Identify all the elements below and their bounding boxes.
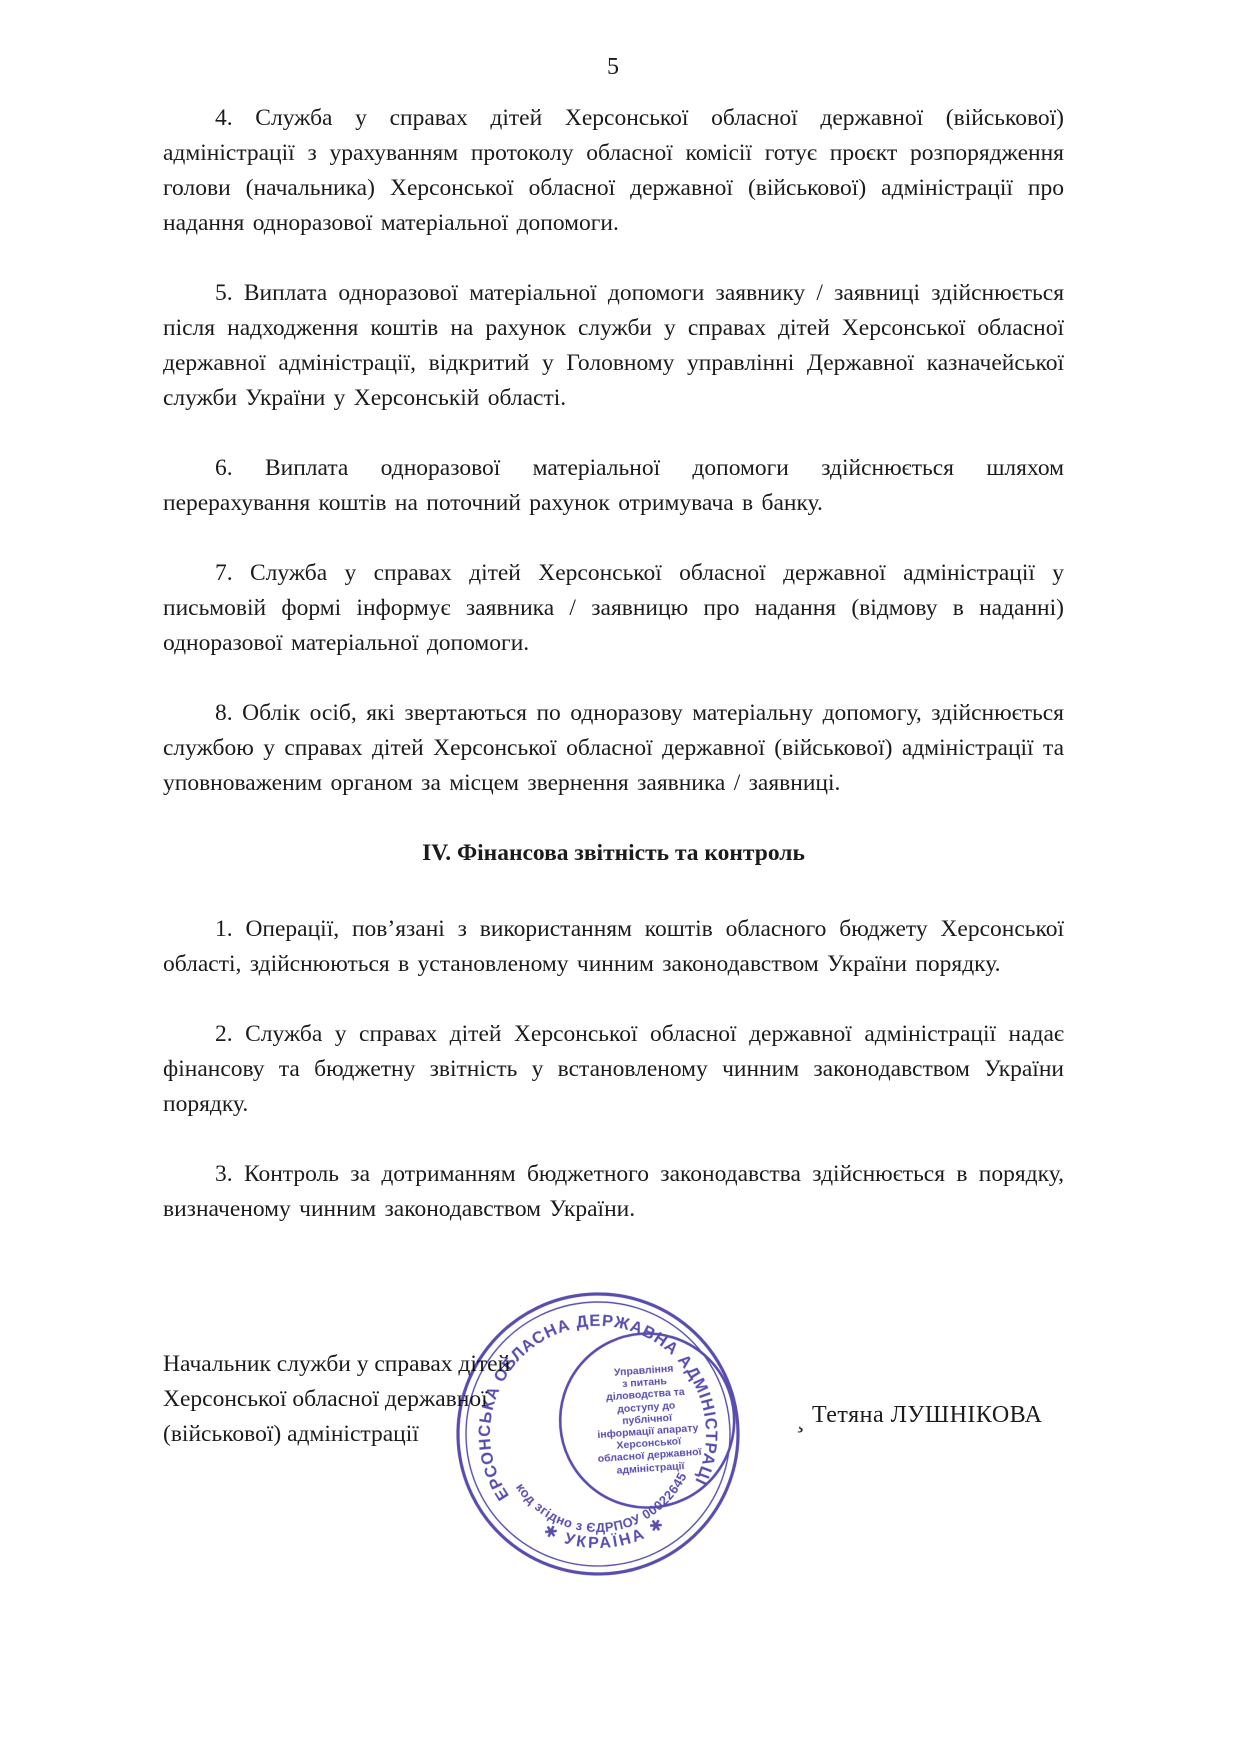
official-round-stamp: ХЕРСОНСЬКА ОБЛАСНА ДЕРЖАВНА АДМІНІСТРАЦІ… bbox=[442, 1278, 754, 1590]
page-number: 5 bbox=[163, 54, 1063, 81]
document-paragraph: 7. Служба у справах дітей Херсонської об… bbox=[163, 556, 1064, 661]
signature-name: Тетяна ЛУШНІКОВА bbox=[812, 1402, 1042, 1429]
signature-ink-mark: ¸ bbox=[796, 1404, 805, 1434]
document-paragraph: 3. Контроль за дотриманням бюджетного за… bbox=[163, 1157, 1064, 1227]
document-paragraph: 1. Операції, пов’язані з використанням к… bbox=[163, 912, 1064, 982]
document-page: 5 4. Служба у справах дітей Херсонської … bbox=[0, 0, 1249, 1759]
document-paragraph: 8. Облік осіб, які звертаються по однора… bbox=[163, 696, 1064, 801]
document-paragraph: 4. Служба у справах дітей Херсонської об… bbox=[163, 101, 1064, 241]
document-paragraph: 5. Виплата одноразової матеріальної допо… bbox=[163, 276, 1064, 416]
document-paragraph: 6. Виплата одноразової матеріальної допо… bbox=[163, 451, 1064, 521]
document-paragraph: 2. Служба у справах дітей Херсонської об… bbox=[163, 1017, 1064, 1122]
stamp-center-text: Управління з питань діловодства та досту… bbox=[563, 1359, 730, 1480]
section-heading: IV. Фінансова звітність та контроль bbox=[163, 836, 1064, 871]
document-body: 4. Служба у справах дітей Херсонської об… bbox=[163, 101, 1064, 1262]
